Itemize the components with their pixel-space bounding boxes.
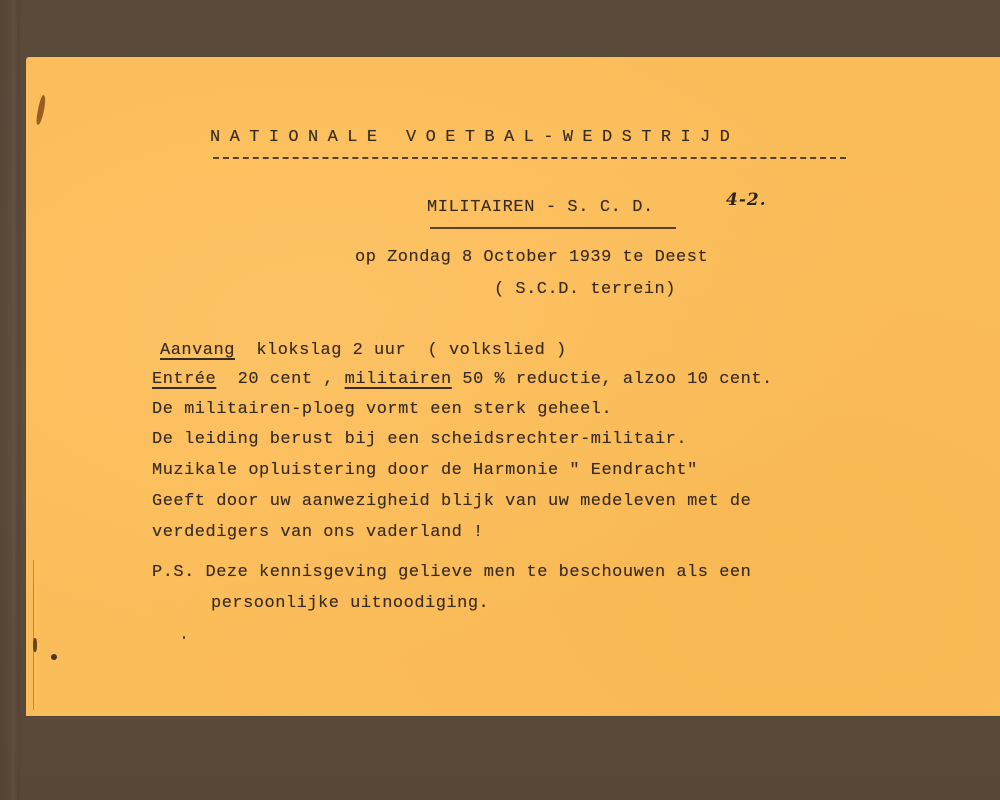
match-title-underline	[430, 227, 676, 229]
body-line-appeal-cont: verdedigers van ons vaderland !	[152, 523, 484, 542]
postscript-line: P.S. Deze kennisgeving gelieve men te be…	[152, 563, 751, 582]
postscript-line-cont: persoonlijke uitnoodiging.	[211, 594, 489, 613]
paper-edge-mark	[33, 638, 37, 652]
entry-fee-line: Entrée 20 cent , militairen 50 % reducti…	[152, 370, 773, 389]
body-line-music: Muzikale opluistering door de Harmonie "…	[152, 461, 698, 480]
match-title: MILITAIREN - S. C. D.	[427, 198, 654, 217]
paper-fold-line	[33, 560, 34, 710]
heading-dashed-rule	[213, 157, 846, 159]
paper-ink-dot	[51, 654, 57, 660]
start-time-line: Aanvang klokslag 2 uur ( volkslied )	[160, 341, 567, 360]
entry-text-a: 20 cent ,	[216, 370, 344, 389]
entry-military-label: militairen	[345, 370, 452, 389]
document-heading: NATIONALE VOETBAL-WEDSTRIJD	[210, 128, 739, 147]
start-label: Aanvang	[160, 341, 235, 360]
match-venue-line: ( S.C.D. terrein)	[494, 280, 676, 299]
entry-label: Entrée	[152, 370, 216, 389]
entry-text-b: 50 % reductie, alzoo 10 cent.	[452, 370, 773, 389]
match-date-line: op Zondag 8 October 1939 te Deest	[355, 248, 708, 267]
body-line-team: De militairen-ploeg vormt een sterk gehe…	[152, 400, 612, 419]
body-line-appeal: Geeft door uw aanwezigheid blijk van uw …	[152, 492, 751, 511]
paper-ink-dot	[183, 636, 185, 639]
handwritten-score: 4-2.	[726, 190, 767, 210]
body-line-referee: De leiding berust bij een scheidsrechter…	[152, 430, 687, 449]
start-text: klokslag 2 uur ( volkslied )	[235, 341, 567, 360]
